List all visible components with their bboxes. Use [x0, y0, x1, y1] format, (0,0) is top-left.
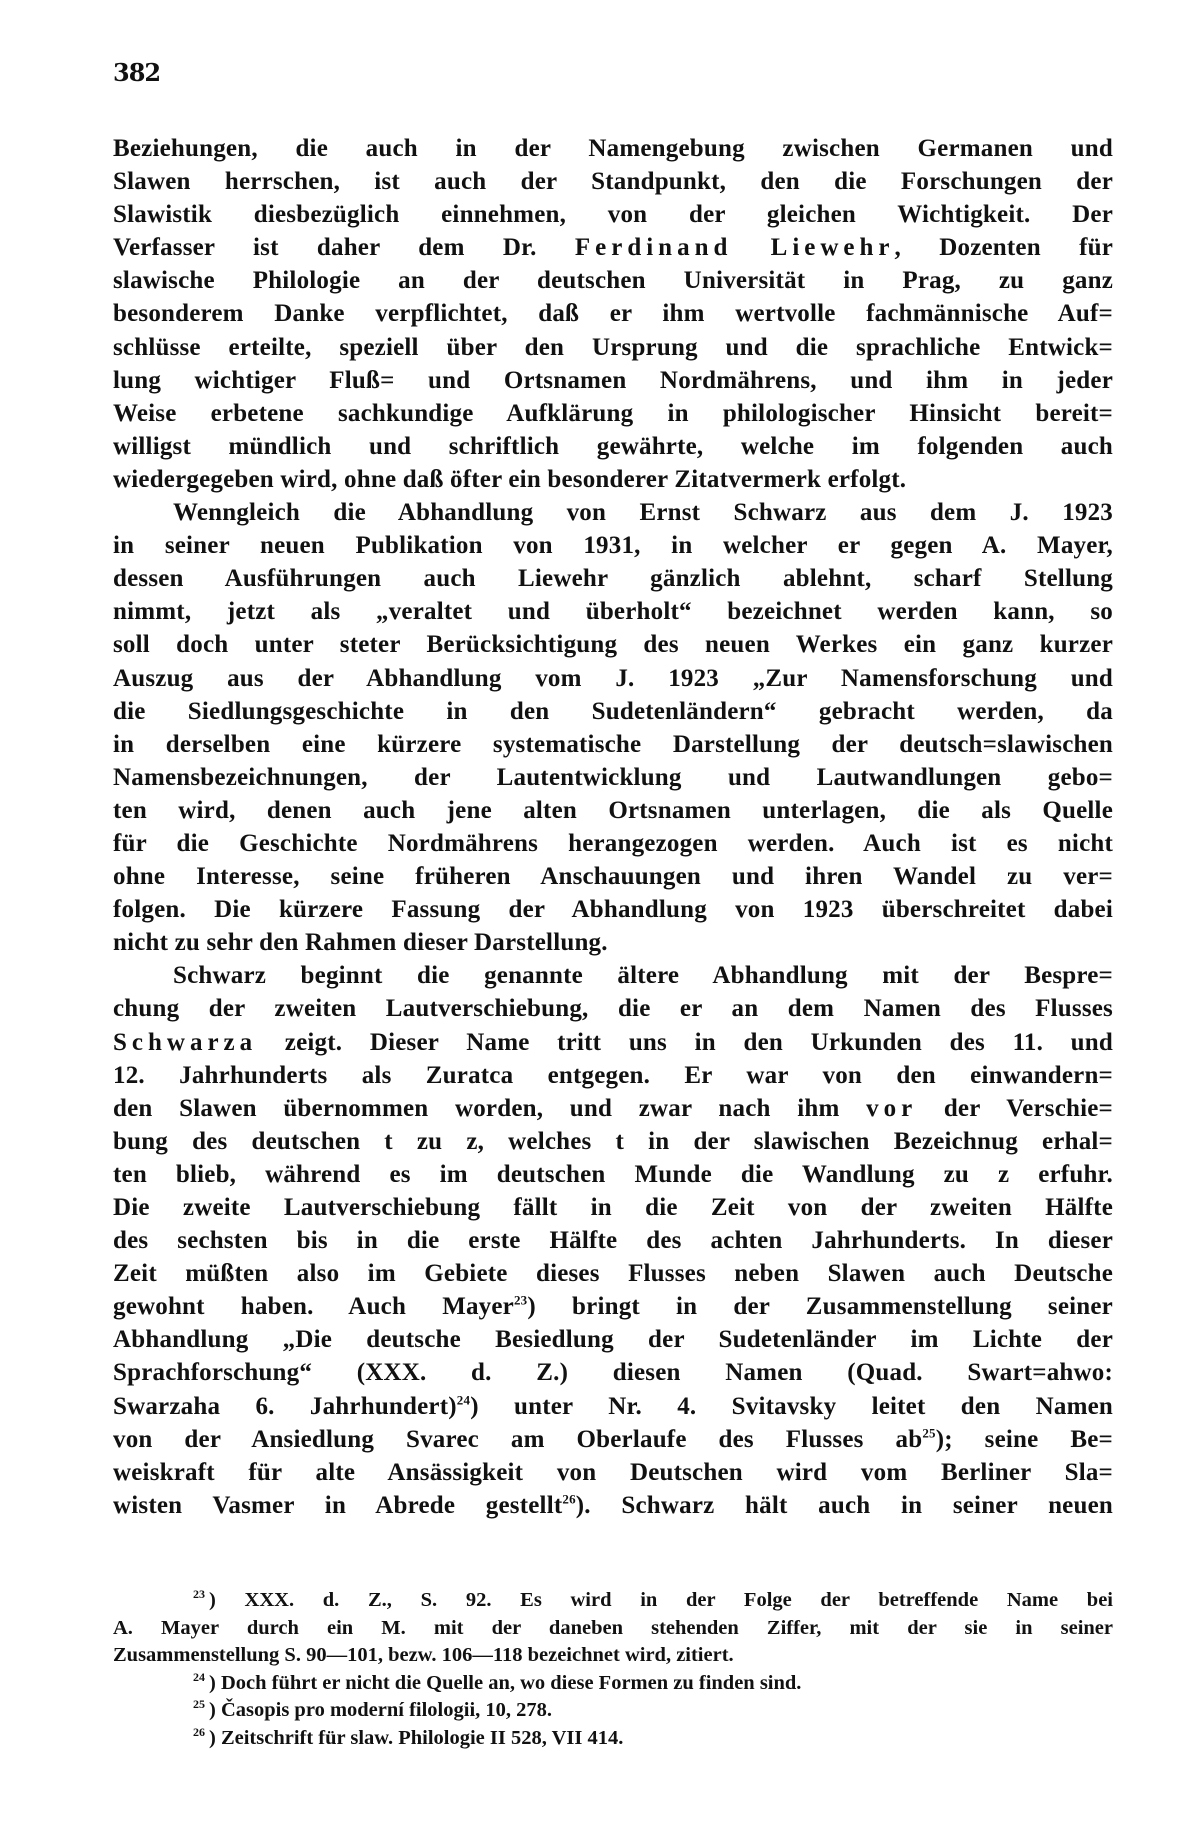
text-line: folgen. Die kürzere Fassung der Abhandlu…	[113, 893, 1113, 926]
text-line: die Siedlungsgeschichte in den Sudetenlä…	[113, 695, 1113, 728]
text-line: dessen Ausführungen auch Liewehr gänzlic…	[113, 562, 1113, 595]
footnotes: 23) XXX. d. Z., S. 92. Es wird in der Fo…	[113, 1587, 1113, 1752]
text-line: Namensbezeichnungen, der Lautentwicklung…	[113, 761, 1113, 794]
text-line: bung des deutschen t zu z, welches t in …	[113, 1125, 1113, 1158]
text-line: in derselben eine kürzere systematische …	[113, 728, 1113, 761]
footnote-text: ) Časopis pro moderní filologii, 10, 278…	[209, 1699, 552, 1721]
text-line: chung der zweiten Lautverschiebung, die …	[113, 992, 1113, 1025]
text-line: Schwarza zeigt. Dieser Name tritt uns in…	[113, 1026, 1113, 1059]
footnote-number: 25	[193, 1697, 205, 1711]
text-line: Swarzaha 6. Jahrhundert)24) unter Nr. 4.…	[113, 1390, 1113, 1423]
text-line: gewohnt haben. Auch Mayer23) bringt in d…	[113, 1290, 1113, 1323]
author-name-last: Liewehr	[771, 234, 895, 261]
text-line: Slawen herrschen, ist auch der Standpunk…	[113, 165, 1113, 198]
footnote-text-line: Zusammenstellung S. 90—101, bezw. 106—11…	[113, 1642, 1113, 1670]
text-segment: der Verschie=	[944, 1095, 1113, 1122]
text-line: Slawistik diesbezüglich einnehmen, von d…	[113, 198, 1113, 231]
text-line: willigst mündlich und schriftlich gewähr…	[113, 430, 1113, 463]
text-segment: , Dozenten für	[895, 234, 1113, 261]
footnote-25: 25) Časopis pro moderní filologii, 10, 2…	[113, 1697, 1113, 1725]
text-line: 12. Jahrhunderts als Zuratca entgegen. E…	[113, 1059, 1113, 1092]
footnote-number: 26	[193, 1725, 205, 1739]
text-line: Auszug aus der Abhandlung vom J. 1923 „Z…	[113, 662, 1113, 695]
text-line: Sprachforschung“ (XXX. d. Z.) diesen Nam…	[113, 1356, 1113, 1389]
footnote-ref[interactable]: 23	[514, 1293, 527, 1308]
footnote-24: 24) Doch führt er nicht die Quelle an, w…	[113, 1670, 1113, 1698]
text-line: Wenngleich die Abhandlung von Ernst Schw…	[113, 496, 1113, 529]
text-segment: ). Schwarz hält auch in seiner neuen	[576, 1492, 1113, 1519]
footnote-23: 23) XXX. d. Z., S. 92. Es wird in der Fo…	[113, 1587, 1113, 1615]
body-text: Beziehungen, die auch in der Namengebung…	[113, 132, 1113, 1522]
footnote-text: ) XXX. d. Z., S. 92. Es wird in der Folg…	[209, 1589, 1113, 1611]
text-segment: ); seine Be=	[936, 1426, 1113, 1453]
text-segment: ) bringt in der Zusammenstellung seiner	[527, 1293, 1113, 1320]
text-line: schlüsse erteilte, speziell über den Urs…	[113, 331, 1113, 364]
footnote-ref[interactable]: 26	[562, 1492, 575, 1507]
text-line: Zeit müßten also im Gebiete dieses Fluss…	[113, 1257, 1113, 1290]
text-line: Beziehungen, die auch in der Namengebung…	[113, 132, 1113, 165]
page-number: 382	[113, 58, 160, 87]
footnote-ref[interactable]: 25	[922, 1425, 935, 1440]
text-line: Verfasser ist daher dem Dr. Ferdinand Li…	[113, 231, 1113, 264]
text-line: Weise erbetene sachkundige Aufklärung in…	[113, 397, 1113, 430]
text-segment: zeigt. Dieser Name tritt uns in den Urku…	[285, 1029, 1113, 1056]
text-line: in seiner neuen Publikation von 1931, in…	[113, 529, 1113, 562]
footnote-text-line: A. Mayer durch ein M. mit der daneben st…	[113, 1615, 1113, 1643]
text-segment: von der Ansiedlung Svarec am Oberlaufe d…	[113, 1426, 922, 1453]
text-line: ten blieb, während es im deutschen Munde…	[113, 1158, 1113, 1191]
text-segment: Verfasser ist daher dem Dr.	[113, 234, 537, 261]
text-line: weiskraft für alte Ansässigkeit von Deut…	[113, 1456, 1113, 1489]
text-line: nimmt, jetzt als „veraltet und überholt“…	[113, 595, 1113, 628]
footnote-26: 26) Zeitschrift für slaw. Philologie II …	[113, 1725, 1113, 1753]
emphasis: vor	[866, 1095, 917, 1122]
author-name-first: Ferdinand	[575, 234, 733, 261]
text-line: slawische Philologie an der deutschen Un…	[113, 264, 1113, 297]
text-line: wiedergegeben wird, ohne daß öfter ein b…	[113, 463, 1113, 496]
text-line: Schwarz beginnt die genannte ältere Abha…	[113, 959, 1113, 992]
text-line: lung wichtiger Fluß= und Ortsnamen Nordm…	[113, 364, 1113, 397]
text-segment: den Slawen übernommen worden, und zwar n…	[113, 1095, 840, 1122]
text-segment: ) unter Nr. 4. Svitavsky leitet den Name…	[470, 1393, 1113, 1420]
text-segment: Swarzaha 6. Jahrhundert)	[113, 1393, 457, 1420]
text-line: von der Ansiedlung Svarec am Oberlaufe d…	[113, 1423, 1113, 1456]
footnote-number: 24	[193, 1670, 205, 1684]
text-line: des sechsten bis in die erste Hälfte des…	[113, 1224, 1113, 1257]
text-segment: wisten Vasmer in Abrede gestellt	[113, 1492, 562, 1519]
footnote-text: ) Doch führt er nicht die Quelle an, wo …	[209, 1672, 801, 1694]
text-line: wisten Vasmer in Abrede gestellt26). Sch…	[113, 1489, 1113, 1522]
text-line: ohne Interesse, seine früheren Anschauun…	[113, 860, 1113, 893]
footnote-ref[interactable]: 24	[457, 1392, 470, 1407]
text-line: nicht zu sehr den Rahmen dieser Darstell…	[113, 926, 1113, 959]
text-line: für die Geschichte Nordmährens herangezo…	[113, 827, 1113, 860]
river-name: Schwarza	[113, 1029, 257, 1056]
text-line: Abhandlung „Die deutsche Besiedlung der …	[113, 1323, 1113, 1356]
text-line: soll doch unter steter Berücksichtigung …	[113, 628, 1113, 661]
text-line: ten wird, denen auch jene alten Ortsname…	[113, 794, 1113, 827]
footnote-number: 23	[193, 1587, 205, 1601]
text-line: den Slawen übernommen worden, und zwar n…	[113, 1092, 1113, 1125]
text-line: Die zweite Lautverschiebung fällt in die…	[113, 1191, 1113, 1224]
text-segment: gewohnt haben. Auch Mayer	[113, 1293, 514, 1320]
footnote-text: ) Zeitschrift für slaw. Philologie II 52…	[209, 1727, 623, 1749]
text-line: besonderem Danke verpflichtet, daß er ih…	[113, 297, 1113, 330]
